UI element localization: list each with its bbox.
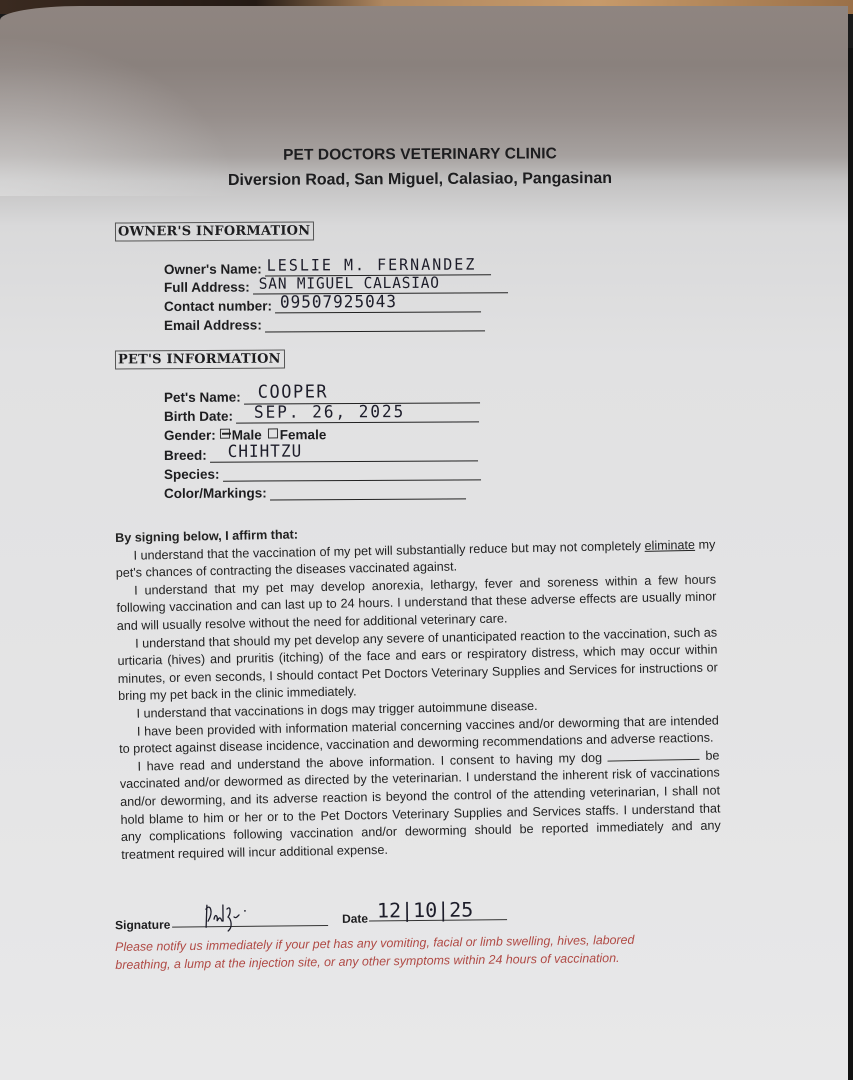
consent-paragraph-3: I understand that should my pet develop … (117, 624, 718, 706)
owner-name-value: LESLIE M. FERNANDEZ (267, 255, 477, 275)
consent-p1-underlined: eliminate (644, 537, 695, 552)
birth-date-value: SEP. 26, 2025 (254, 401, 405, 422)
contact-number-field: Contact number: 09507925043 (164, 295, 481, 314)
signature-label: Signature (115, 918, 170, 933)
pet-name-value: COOPER (258, 382, 329, 403)
birth-date-label: Birth Date: (164, 409, 233, 424)
color-markings-input[interactable] (270, 482, 466, 500)
owner-name-field: Owner's Name: LESLIE M. FERNANDEZ (164, 258, 491, 277)
breed-value: CHIHTZU (228, 441, 303, 461)
breed-field: Breed: CHIHTZU (164, 444, 478, 463)
consent-paragraph-6: I have read and understand the above inf… (119, 747, 721, 864)
full-address-value: SAN MIGUEL CALASIAO (259, 275, 440, 293)
contact-number-value: 09507925043 (280, 291, 397, 312)
date-value: 12|10|25 (377, 897, 474, 922)
color-markings-field: Color/Markings: (164, 482, 466, 501)
signature-scribble (201, 901, 261, 934)
owner-info-heading: OWNER'S INFORMATION (115, 221, 314, 241)
birth-date-field: Birth Date: SEP. 26, 2025 (164, 405, 479, 424)
email-address-field: Email Address: (164, 314, 485, 333)
gender-label: Gender: (164, 428, 216, 443)
female-checkbox[interactable] (268, 428, 278, 438)
email-address-label: Email Address: (164, 317, 262, 333)
date-label: Date (342, 912, 368, 926)
full-address-label: Full Address: (164, 280, 250, 295)
male-checkbox[interactable] (220, 429, 230, 439)
species-input[interactable] (222, 463, 480, 481)
post-vaccination-notice: Please notify us immediately if your pet… (115, 930, 675, 974)
clinic-address: Diversion Road, San Miguel, Calasiao, Pa… (0, 169, 840, 191)
birth-date-input[interactable]: SEP. 26, 2025 (236, 405, 479, 423)
contact-number-input[interactable]: 09507925043 (275, 295, 481, 313)
consent-form: PET DOCTORS VETERINARY CLINIC Diversion … (0, 0, 853, 1080)
pet-name-label: Pet's Name: (164, 390, 241, 405)
owner-name-label: Owner's Name: (164, 261, 262, 277)
email-address-input[interactable] (265, 314, 485, 332)
consent-statement: By signing below, I affirm that: I under… (115, 518, 721, 864)
clinic-name: PET DOCTORS VETERINARY CLINIC (0, 144, 840, 166)
contact-number-label: Contact number: (164, 298, 272, 314)
pet-info-heading: PET'S INFORMATION (115, 350, 285, 370)
breed-label: Breed: (164, 448, 207, 463)
dog-name-blank[interactable] (608, 749, 700, 762)
color-markings-label: Color/Markings: (164, 485, 267, 501)
species-label: Species: (164, 467, 220, 482)
owner-name-input[interactable]: LESLIE M. FERNANDEZ (265, 258, 491, 276)
breed-input[interactable]: CHIHTZU (210, 444, 478, 462)
signature-row: Signature Date 12|10|25 (115, 896, 535, 934)
species-field: Species: (164, 463, 481, 482)
